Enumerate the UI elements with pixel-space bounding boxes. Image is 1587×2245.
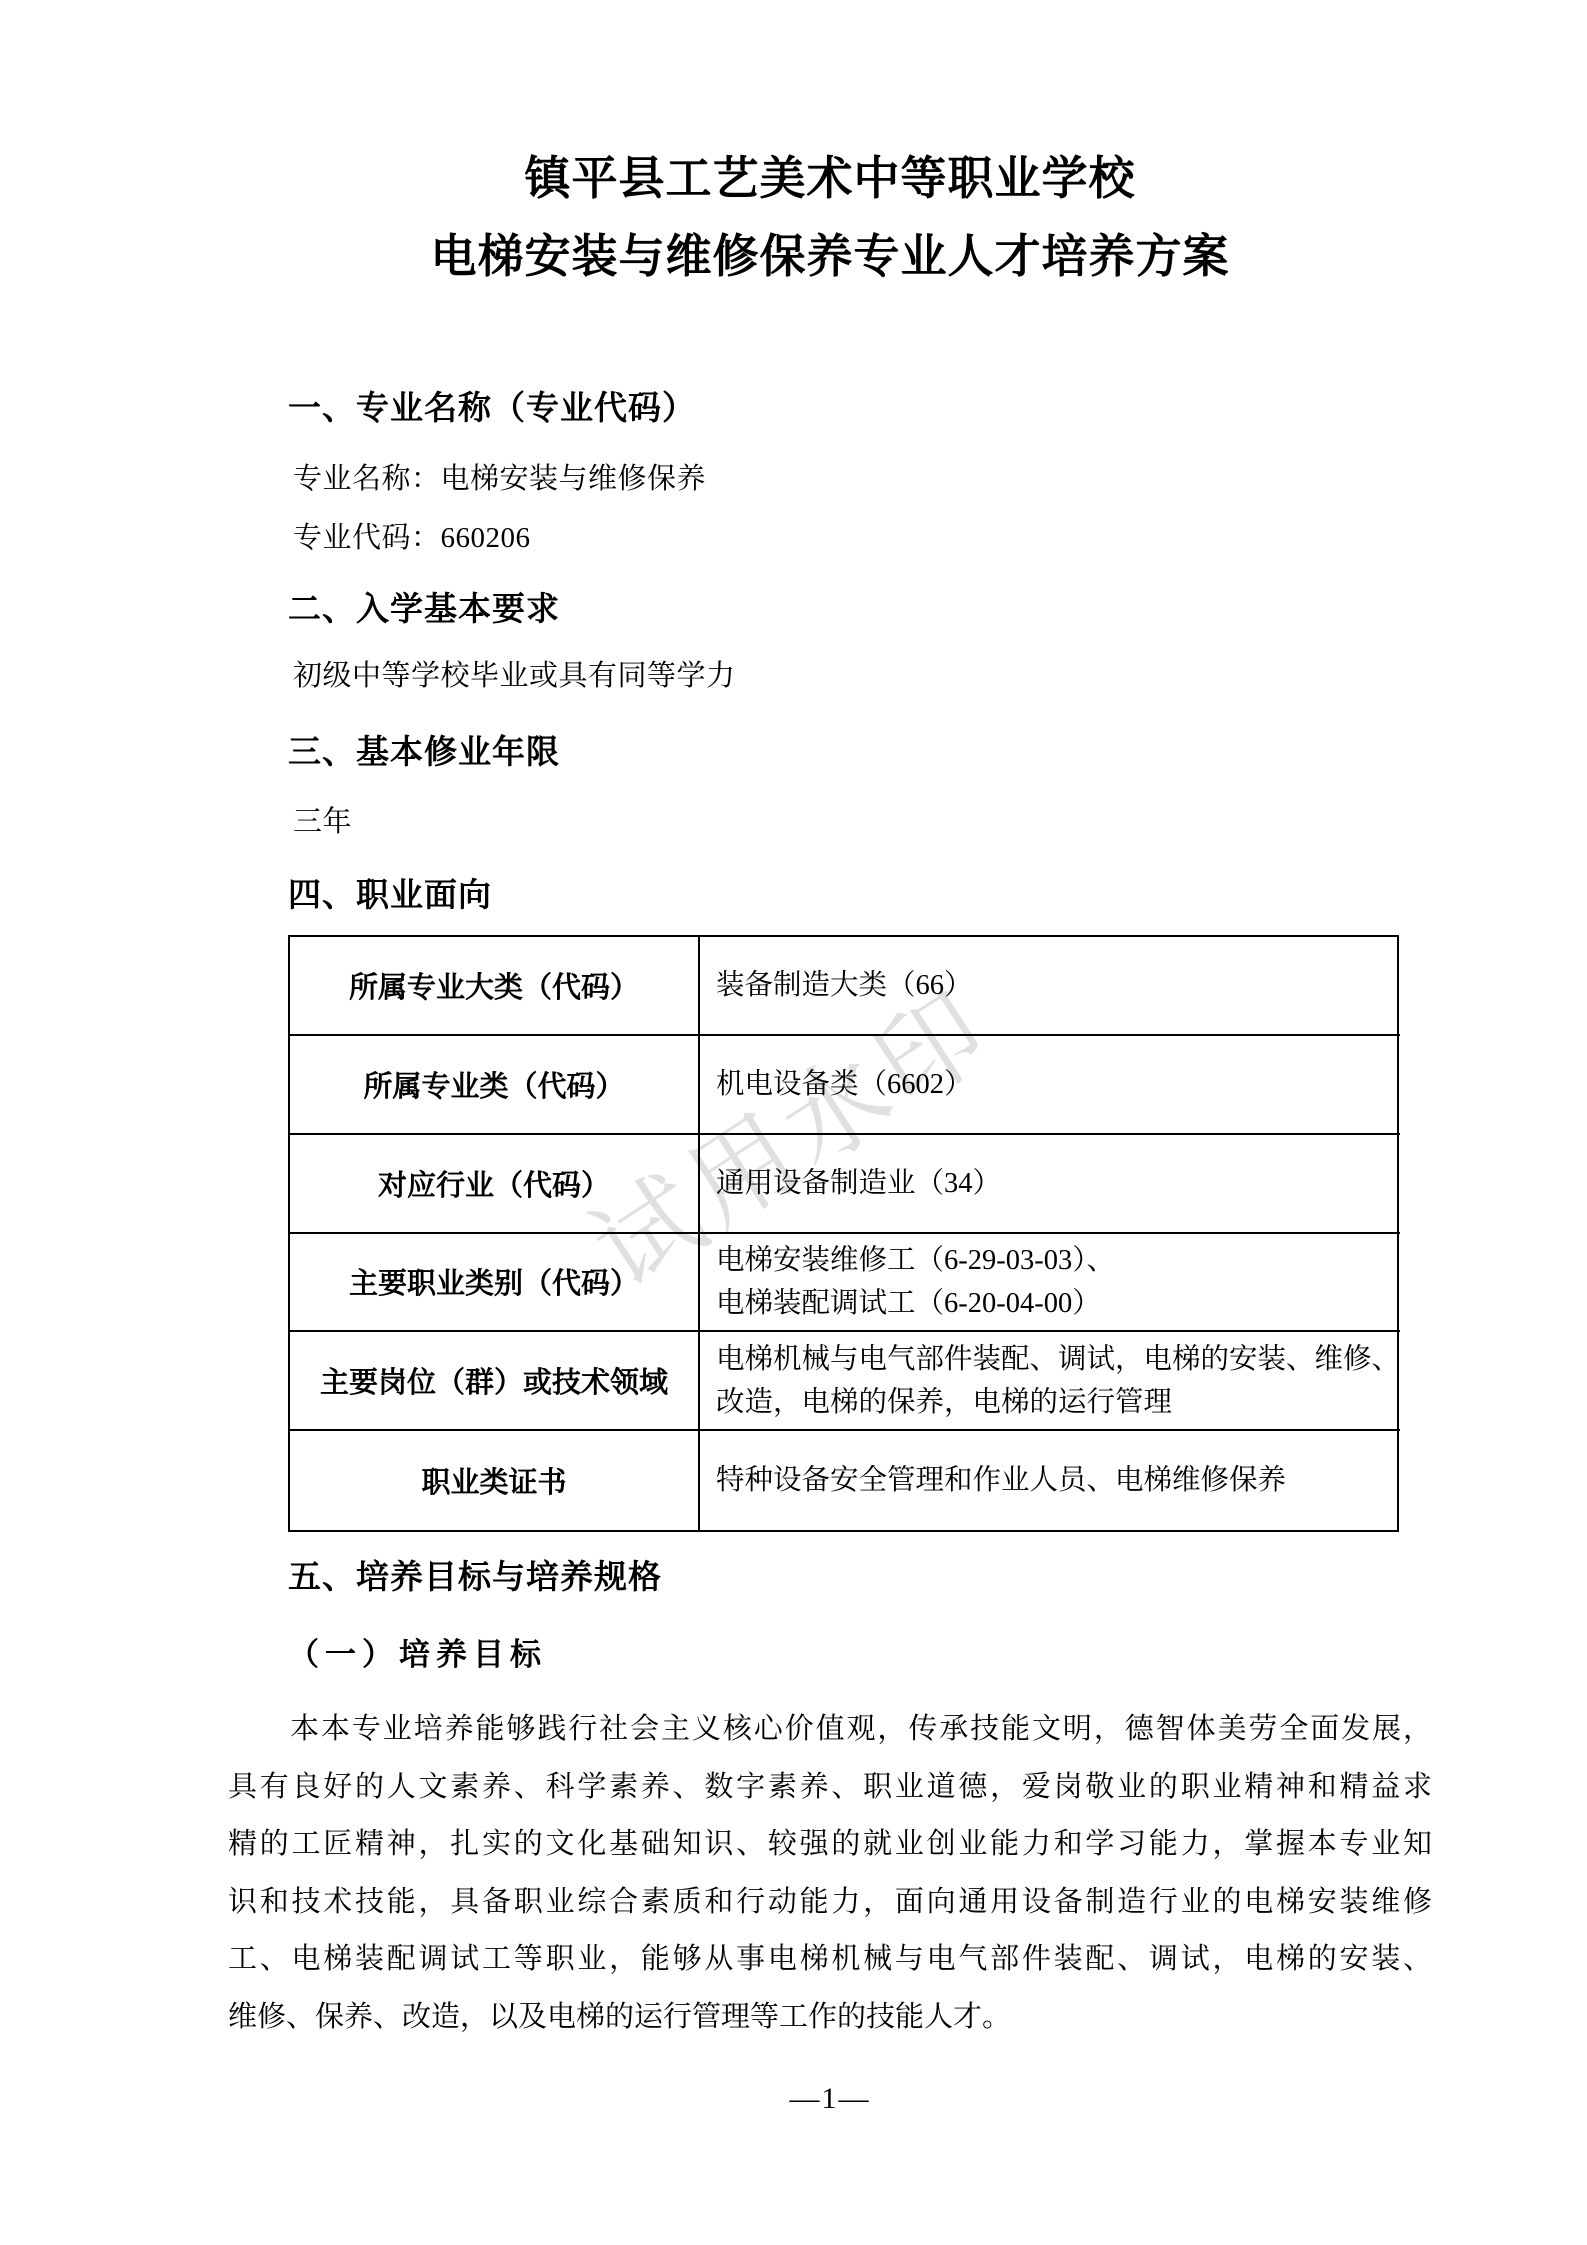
section-heading-5: 五、培养目标与培养规格: [288, 1558, 662, 1596]
career-row-label-2: 所属专业类（代码）: [290, 1036, 700, 1135]
career-row-value-line: 通用设备制造业（34）: [716, 1162, 1001, 1205]
career-row-value-2: 机电设备类（6602）: [700, 1036, 1400, 1135]
training-objective-paragraph: 本本专业培养能够践行社会主义核心价值观，传承技能文明，德智体美劳全面发展， 具有…: [228, 1701, 1432, 2047]
career-row-value-3: 通用设备制造业（34）: [700, 1135, 1400, 1234]
section-heading-4: 四、职业面向: [288, 876, 492, 914]
section-heading-1: 一、专业名称（专业代码）: [288, 389, 696, 427]
paragraph-line-5: 工、电梯装配调试工等职业，能够从事电梯机械与电气部件装配、调试，电梯的安装、: [228, 1931, 1432, 1989]
career-row-value-line: 电梯装配调试工（6-20-04-00）: [716, 1282, 1101, 1325]
career-row-value-4: 电梯安装维修工（6-29-03-03）、 电梯装配调试工（6-20-04-00）: [700, 1234, 1400, 1333]
career-row-value-line: 电梯安装维修工（6-29-03-03）、: [716, 1239, 1115, 1282]
career-row-value-line: 特种设备安全管理和作业人员、电梯维修保养: [716, 1459, 1286, 1502]
career-row-value-line: 装备制造大类（66）: [716, 964, 973, 1007]
section-heading-2: 二、入学基本要求: [288, 590, 560, 628]
career-row-value-1: 装备制造大类（66）: [700, 937, 1400, 1036]
major-name-line: 专业名称：电梯安装与维修保养: [293, 462, 706, 496]
career-row-value-6: 特种设备安全管理和作业人员、电梯维修保养: [700, 1431, 1400, 1530]
doc-title: 镇平县工艺美术中等职业学校 电梯安装与维修保养专业人才培养方案: [228, 140, 1432, 296]
paragraph-line-3: 精的工匠精神，扎实的文化基础知识、较强的就业创业能力和学习能力，掌握本专业知: [228, 1816, 1432, 1874]
career-row-label-3: 对应行业（代码）: [290, 1135, 700, 1234]
paragraph-line-1: 本本专业培养能够践行社会主义核心价值观，传承技能文明，德智体美劳全面发展，: [228, 1701, 1432, 1759]
career-row-label-5: 主要岗位（群）或技术领域: [290, 1332, 700, 1431]
career-row-label-6: 职业类证书: [290, 1431, 700, 1530]
career-row-value-line: 电梯机械与电气部件装配、调试，电梯的安装、维修、: [716, 1338, 1400, 1381]
career-orientation-table: 所属专业大类（代码） 装备制造大类（66） 所属专业类（代码） 机电设备类（66…: [288, 935, 1399, 1532]
training-objective-subheading: （一）培养目标: [288, 1629, 547, 1674]
paragraph-line-4: 识和技术技能，具备职业综合素质和行动能力，面向通用设备制造行业的电梯安装维修: [228, 1874, 1432, 1932]
entry-requirement-line: 初级中等学校毕业或具有同等学力: [293, 659, 736, 693]
career-row-value-line: 改造，电梯的保养，电梯的运行管理: [716, 1381, 1172, 1424]
section-heading-3: 三、基本修业年限: [288, 733, 560, 771]
career-row-label-1: 所属专业大类（代码）: [290, 937, 700, 1036]
doc-title-line-1: 镇平县工艺美术中等职业学校: [228, 140, 1432, 218]
document-page: 试用水印 镇平县工艺美术中等职业学校 电梯安装与维修保养专业人才培养方案 一、专…: [0, 0, 1587, 2245]
paragraph-line-6: 维修、保养、改造，以及电梯的运行管理等工作的技能人才。: [228, 1989, 1432, 2047]
doc-title-line-2: 电梯安装与维修保养专业人才培养方案: [228, 218, 1432, 296]
major-code-line: 专业代码：660206: [293, 521, 531, 555]
career-row-label-4: 主要职业类别（代码）: [290, 1234, 700, 1333]
career-row-value-5: 电梯机械与电气部件装配、调试，电梯的安装、维修、 改造，电梯的保养，电梯的运行管…: [700, 1332, 1400, 1431]
career-row-value-line: 机电设备类（6602）: [716, 1063, 973, 1106]
study-duration-line: 三年: [293, 805, 352, 839]
page-number: —1—: [228, 2082, 1432, 2116]
paragraph-line-2: 具有良好的人文素养、科学素养、数字素养、职业道德，爱岗敬业的职业精神和精益求: [228, 1759, 1432, 1817]
